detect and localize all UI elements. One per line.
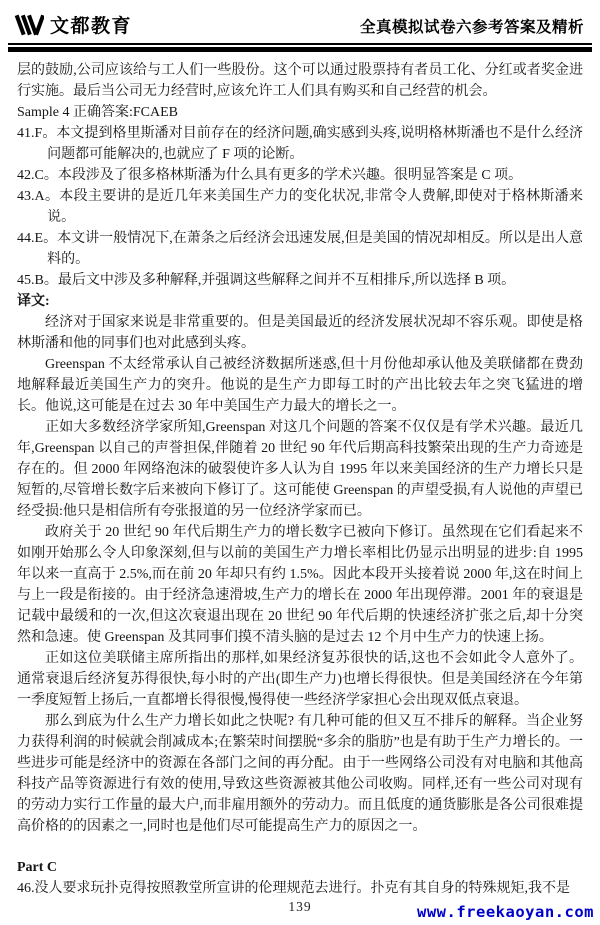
translation-paragraph-3: 正如大多数经济学家所知,Greenspan 对这几个问题的答案不仅仅是有学术兴趣… [17, 417, 583, 522]
translation-paragraph-5: 正如这位美联储主席所指出的那样,如果经济复苏很快的话,这也不会如此令人意外了。通… [17, 648, 583, 711]
answer-item-42: 42.C。本段涉及了很多格林斯潘为什么具有更多的学术兴趣。很明显答案是 C 项。 [17, 165, 583, 186]
answer-item-45: 45.B。最后文中涉及多种解释,并强调这些解释之间并不互相排斥,所以选择 B 项… [17, 270, 583, 291]
translation-paragraph-4: 政府关于 20 世纪 90 年代后期生产力的增长数字已被向下修订。虽然现在它们看… [17, 522, 583, 648]
part-c-heading: Part C [17, 857, 583, 878]
header-divider [8, 43, 592, 52]
answer-item-44: 44.E。本文讲一般情况下,在萧条之后经济会迅速发展,但是美国的情况却相反。所以… [17, 228, 583, 270]
page-body-text: 层的鼓励,公司应该给与工人们一些股份。这个可以通过股票持有者员工化、分红或者奖金… [0, 52, 600, 899]
publisher-name: 文都教育 [50, 11, 132, 38]
page-header-title: 全真模拟试卷六参考答案及精析 [360, 15, 584, 38]
translation-heading: 译文: [17, 291, 583, 312]
paragraph-continuation: 层的鼓励,公司应该给与工人们一些股份。这个可以通过股票持有者员工化、分红或者奖金… [17, 60, 583, 102]
document-page: 文都教育 全真模拟试卷六参考答案及精析 层的鼓励,公司应该给与工人们一些股份。这… [0, 0, 600, 925]
watermark-url: www.freekaoyan.com [417, 903, 594, 921]
translation-paragraph-6: 那么到底为什么生产力增长如此之快呢? 有几种可能的但又互不排斥的解释。当企业努力… [17, 711, 583, 837]
translation-paragraph-2: Greenspan 不太经常承认自己被经济数据所迷惑,但十月份他却承认他及美联储… [17, 354, 583, 417]
publisher-logo: 文都教育 [14, 11, 132, 38]
sample-answer-line: Sample 4 正确答案:FCAEB [17, 102, 583, 123]
answer-item-43: 43.A。本段主要讲的是近几年来美国生产力的变化状况,非常令人费解,即使对于格林… [17, 186, 583, 228]
answer-item-46: 46.没人要求玩扑克得按照教堂所宣讲的伦理规范去进行。扑克有其自身的特殊规矩,我… [17, 878, 583, 899]
translation-paragraph-1: 经济对于国家来说是非常重要的。但是美国最近的经济发展状况却不容乐观。即使是格林斯… [17, 312, 583, 354]
wendu-w-logo-icon [14, 14, 44, 36]
page-header: 文都教育 全真模拟试卷六参考答案及精析 [0, 0, 600, 41]
answer-item-41: 41.F。本文提到格里斯潘对目前存在的经济问题,确实感到头疼,说明格林斯潘也不是… [17, 123, 583, 165]
